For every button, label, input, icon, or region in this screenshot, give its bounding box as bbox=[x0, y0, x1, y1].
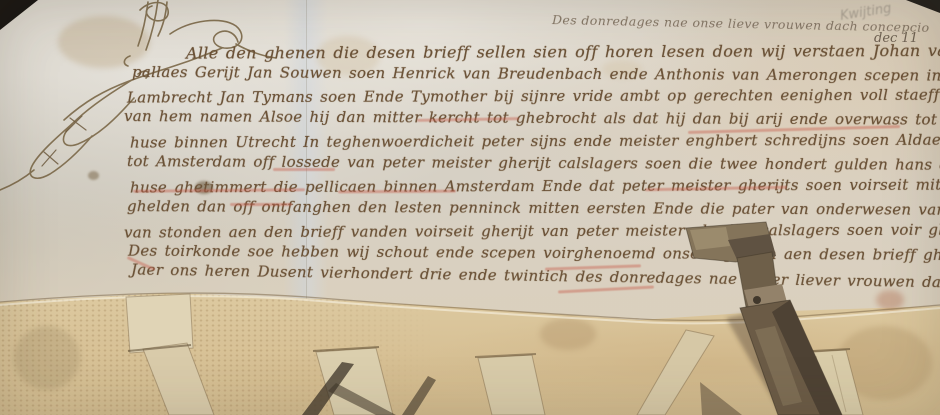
charter-photograph: Alle den ghenen die desen brieff sellen … bbox=[0, 0, 940, 415]
photo-vignette bbox=[0, 0, 940, 415]
